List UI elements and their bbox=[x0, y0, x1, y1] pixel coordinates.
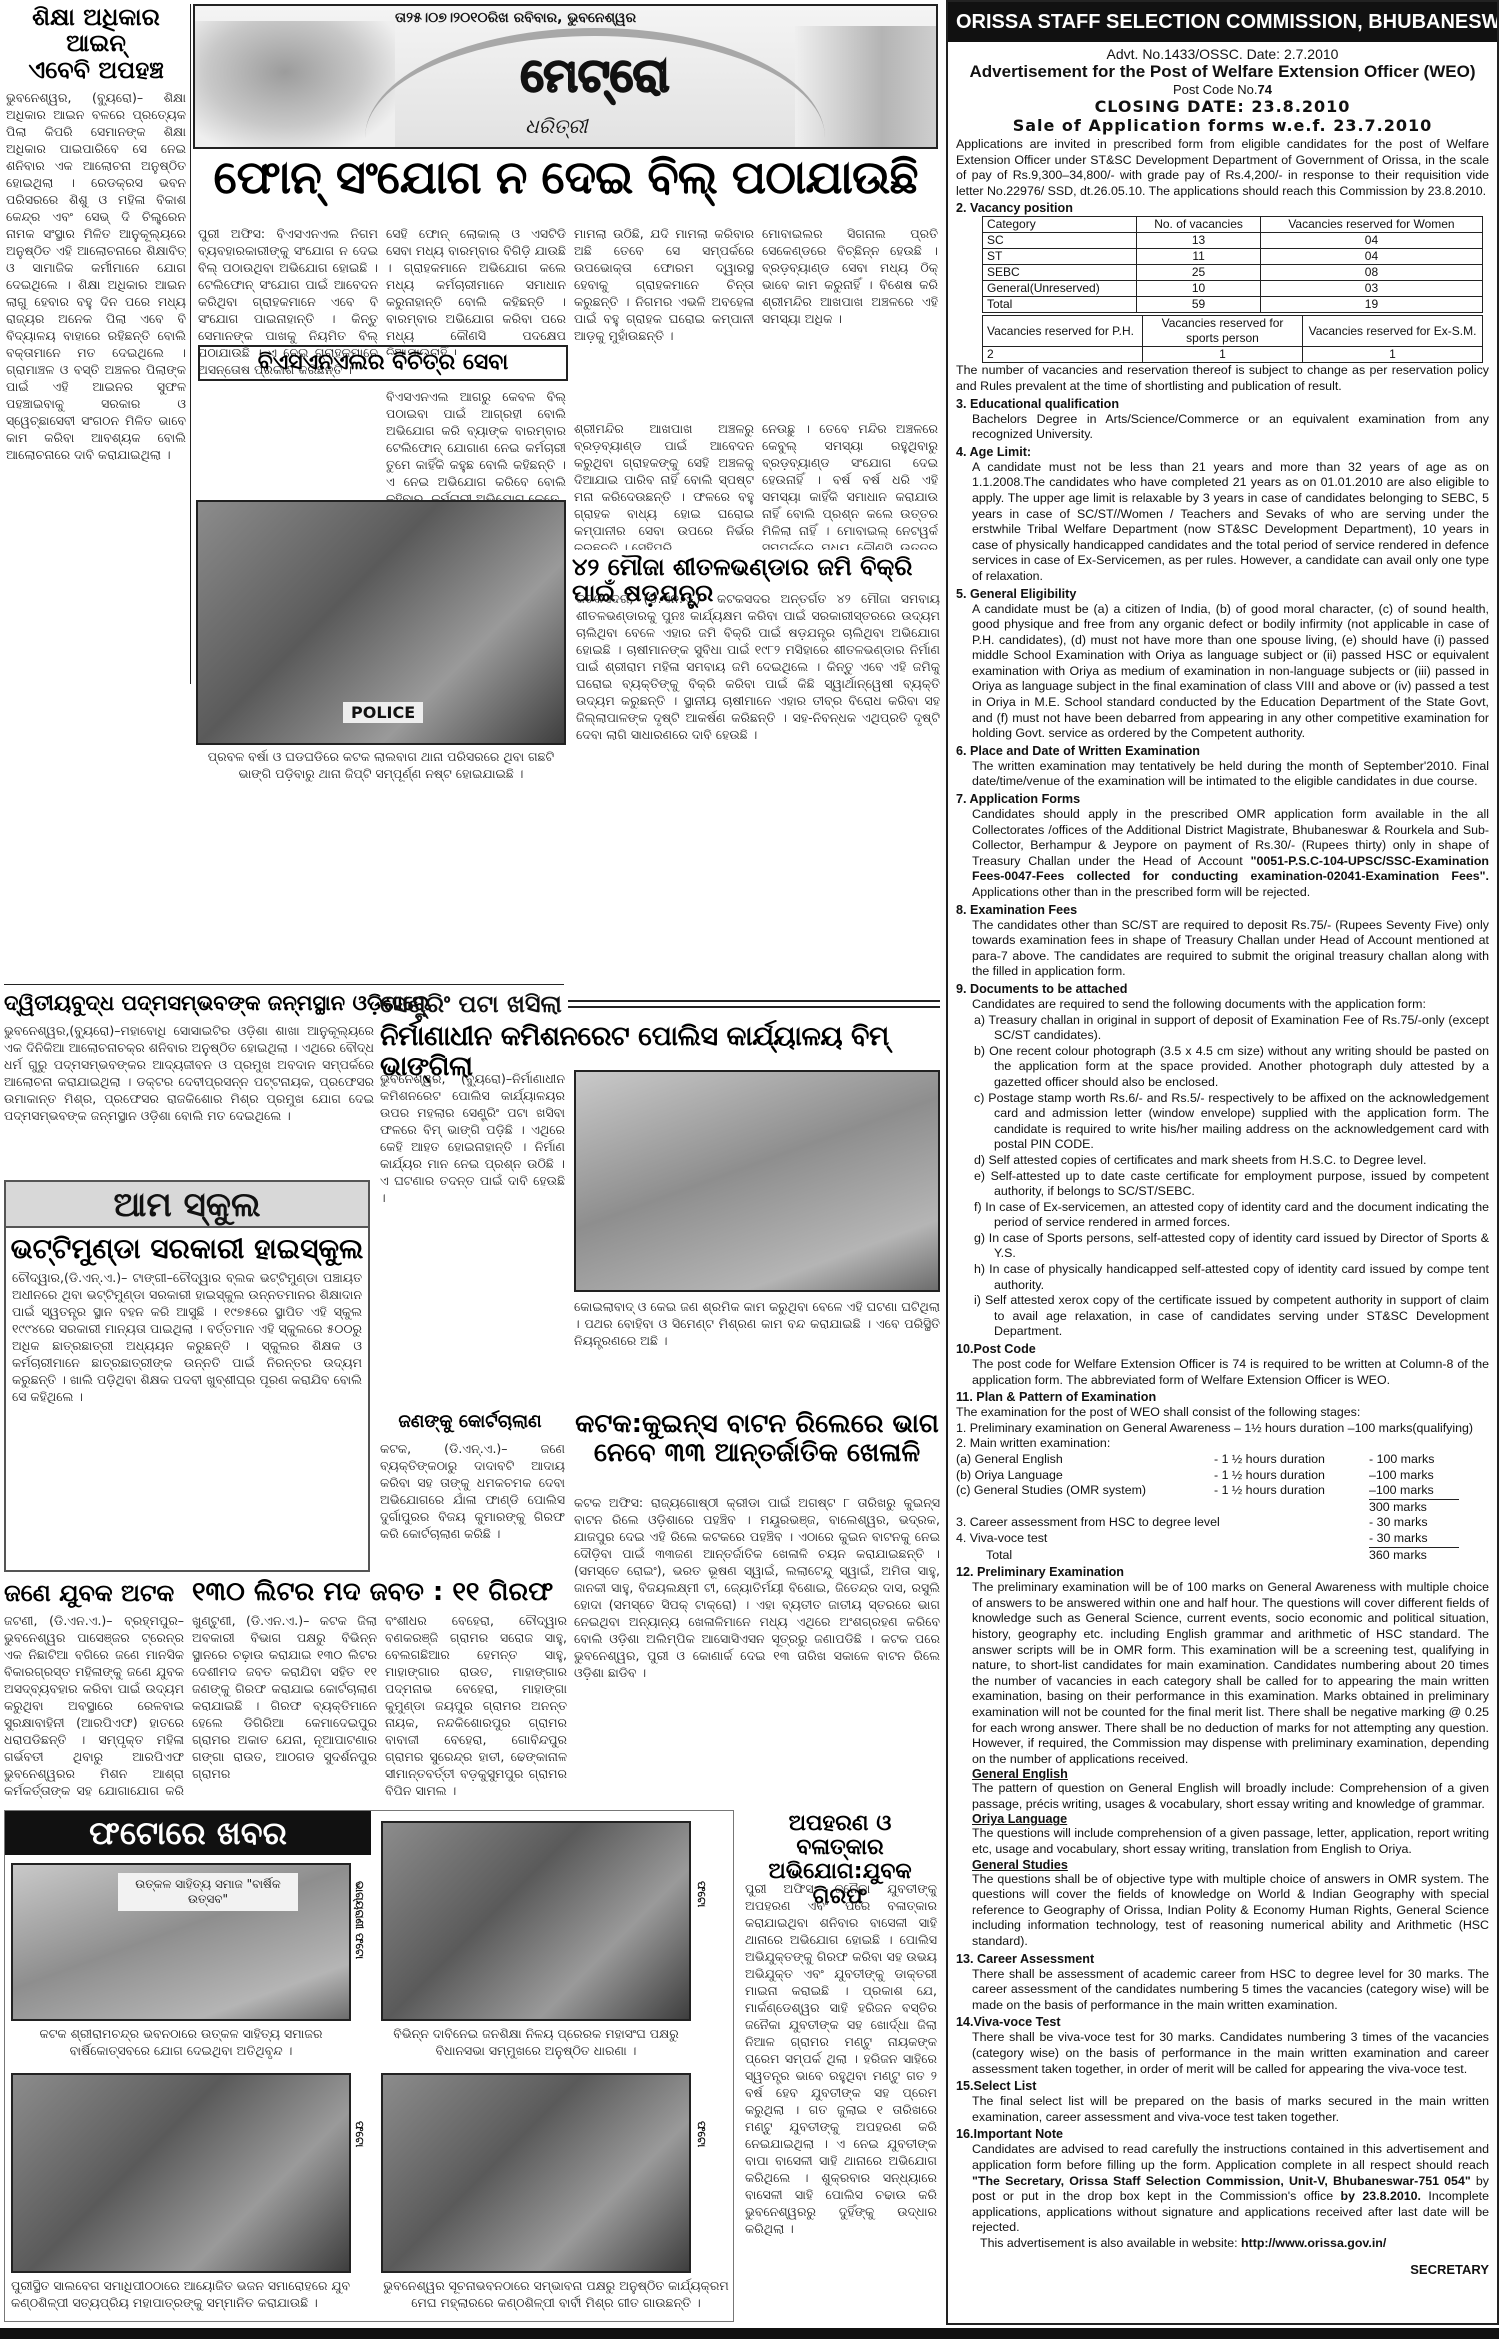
photo-news-banner-text: ଫଟୋରେ ଖବର bbox=[89, 1814, 287, 1852]
marks-row: Total360 marks bbox=[956, 1548, 1489, 1564]
section-title: 13. Career Assessment bbox=[956, 1951, 1489, 1967]
table-row: SEBC2508 bbox=[983, 265, 1483, 281]
section-title: 15.Select List bbox=[956, 2078, 1489, 2094]
section-title: 12. Preliminary Examination bbox=[956, 1564, 1489, 1580]
website-line: This advertisement is also available in … bbox=[956, 2236, 1489, 2252]
cell: 04 bbox=[1260, 249, 1482, 265]
relay-body: କଟକ ଅଫିସ: ରାଜ୍ୟଗୋଷ୍ଠୀ କ୍ରୀଡା ପାଇଁ ଅଗଷ୍ଟ … bbox=[574, 1494, 940, 1800]
cell: 1 bbox=[1303, 347, 1483, 363]
centering-kicker: ସେଣ୍ଟ୍ରିଂ ପଟା ଖସିଲା bbox=[380, 990, 940, 1018]
section-body: Candidates should apply in the prescribe… bbox=[956, 807, 1489, 901]
relay-headline: କଟକ:କୁଇନ୍ସ ବାଟନ ରିଲେରେ ଭାଗ ନେବେ ୩୩ ଆନ୍ତର… bbox=[574, 1410, 940, 1467]
closing-date: CLOSING DATE: 23.8.2010 bbox=[956, 97, 1489, 116]
section-title: 3. Educational qualification bbox=[956, 396, 1489, 412]
photo-caption: ପୁରୀସ୍ଥିତ ସାଲବେଗ ସମାଧିପୀଠଠାରେ ଆୟୋଜିତ ଭଜନ… bbox=[11, 2277, 371, 2311]
liquor-headline: ୧୩୦ ଲିଟର ମଦ ଜବତ : ୧୧ ଗିରଫ bbox=[192, 1578, 567, 1607]
story-body: ଭୁବନେଶ୍ୱର, (ବ୍ୟୁରୋ)– ଶିକ୍ଷା ଅଧିକାର ଆଇନ ବ… bbox=[6, 89, 186, 689]
paper: 4. Viva-voce test bbox=[956, 1531, 1369, 1548]
marks: 360 marks bbox=[1369, 1548, 1459, 1564]
ossc-advertisement: ORISSA STAFF SELECTION COMMISSION, BHUBA… bbox=[946, 0, 1499, 2325]
document-item: c) Postage stamp worth Rs.6/- and Rs.5/-… bbox=[956, 1091, 1489, 1153]
document-item: a) Treasury challan in original in suppo… bbox=[956, 1013, 1489, 1044]
news-photo-2 bbox=[381, 1821, 691, 2021]
paper: 3. Career assessment from HSC to degree … bbox=[956, 1515, 1369, 1531]
marks-row: (a) General English- 1 ½ hours duration-… bbox=[956, 1452, 1489, 1468]
cell: 10 bbox=[1137, 281, 1261, 297]
youth-body: ଜଟଣୀ, (ଡି.ଏନ.ଏ.)– ବ୍ରହ୍ମପୁର–ଭୁବନେଶ୍ୱର ପା… bbox=[4, 1612, 184, 1800]
school-body: ଚୌଦ୍ୱାର,(ଡି.ଏନ୍.ଏ.)– ଟାଙ୍ଗୀ–ଚୌଦ୍ୱାର ବ୍ଲକ… bbox=[6, 1269, 368, 1559]
paper: (c) General Studies (OMR system) bbox=[956, 1483, 1214, 1500]
sub-headline: ବିଏସଏନଏଲର ବିଚିତ୍ର ସେବା bbox=[200, 347, 566, 379]
section-body: Bachelors Degree in Arts/Science/Commerc… bbox=[956, 412, 1489, 443]
document-item: g) In case of Sports persons, self-attes… bbox=[956, 1231, 1489, 1262]
cell: Total bbox=[983, 297, 1137, 313]
deadline: by 23.8.2010. bbox=[1341, 2189, 1421, 2203]
news-photo-1: ଉତ୍କଳ ସାହିତ୍ୟ ସମାଜ "ବାର୍ଷିକ ଉତ୍ସବ" bbox=[11, 1863, 351, 2021]
section-title: 7. Application Forms bbox=[956, 791, 1489, 807]
marks: - 30 marks bbox=[1369, 1515, 1459, 1531]
reserved-vacancy-table: Vacancies reserved for P.H. Vacancies re… bbox=[982, 315, 1483, 363]
photo-credit: ଫଟୋ bbox=[695, 2121, 708, 2147]
section-body: The candidates other than SC/ST are requ… bbox=[956, 918, 1489, 980]
commissionerate-body: ଭୁବନେଶ୍ୱର, (ବ୍ୟୁରୋ)–ନିର୍ମାଣାଧୀନ କମିଶନରେଟ… bbox=[380, 1070, 565, 1370]
col-header: Vacancies reserved for Ex-S.M. bbox=[1303, 316, 1483, 347]
photo-news-section: ଫଟୋରେ ଖବର ଉତ୍କଳ ସାହିତ୍ୟ ସମାଜ "ବାର୍ଷିକ ଉତ… bbox=[4, 1810, 734, 2322]
photo-credit: ଫଟୋ bbox=[353, 2121, 366, 2147]
news-photo-3 bbox=[11, 2073, 351, 2273]
paper: (b) Oriya Language bbox=[956, 1468, 1214, 1484]
photo-credit: ଫଟୋ bbox=[695, 1881, 708, 1907]
cell: 19 bbox=[1260, 297, 1482, 313]
subsection-title: General Studies bbox=[956, 1858, 1489, 1872]
headline: ଶିକ୍ଷା ଅଧିକାର ଆଇନ୍ bbox=[6, 4, 186, 57]
footer-band bbox=[0, 2328, 1499, 2339]
signature: SECRETARY bbox=[956, 2262, 1489, 2277]
kicker-rule bbox=[568, 1000, 940, 1008]
cell: 08 bbox=[1260, 265, 1482, 281]
ad-intro: Applications are invited in prescribed f… bbox=[956, 137, 1489, 199]
note-text: Candidates are advised to read carefully… bbox=[972, 2142, 1489, 2172]
lead-body-col-2: ସେହି ଫୋନ୍ ଲୋକାଲ୍ ଓ ଏସଟିଡି ସେବା ମଧ୍ୟ ବାରମ… bbox=[386, 225, 566, 355]
school-box: ଆମ ସ୍କୁଲ ଭଟ୍ଟିମୁଣ୍ଡା ସରକାରୀ ହାଇସ୍କୁଲ ଚୌଦ… bbox=[4, 1180, 370, 1572]
kicker-text: ସେଣ୍ଟ୍ରିଂ ପଟା ଖସିଲା bbox=[380, 990, 562, 1018]
paper: Total bbox=[956, 1548, 1369, 1564]
liquor-body-col-2: ବଂଶୀଧର ବେହେରା, ଚୌଦ୍ୱାର ବଣକରଞ୍ଜି ଗ୍ରାମର ସ… bbox=[385, 1612, 567, 1800]
sub-col-2: ଶ୍ରୀମନ୍ଦିର ଆଖପାଖ ଅଞ୍ଚଳରୁ ବ୍ରଡ଼ବ୍ୟାଣ୍ଡ ପା… bbox=[574, 420, 754, 550]
police-plate: POLICE bbox=[343, 702, 423, 723]
lead-headline: ଫୋନ୍ ସଂଯୋଗ ନ ଦେଇ ବିଲ୍ ପଠାଯାଉଛି bbox=[193, 152, 938, 203]
sub-col-3: ନେଉଛୁ । ତେବେ ମନ୍ଦିର ଅଞ୍ଚଳରେ କେବୁଲ୍ ସମସ୍ୟ… bbox=[762, 420, 938, 550]
website-link[interactable]: http://www.orissa.gov.in/ bbox=[1241, 2236, 1386, 2250]
newspaper-title: ମେଟ୍ରୋ bbox=[495, 48, 695, 104]
section-body: The questions will include comprehension… bbox=[956, 1826, 1489, 1857]
ad-org-bar: ORISSA STAFF SELECTION COMMISSION, BHUBA… bbox=[948, 2, 1497, 42]
marks-row: 3. Career assessment from HSC to degree … bbox=[956, 1515, 1489, 1531]
section-body: A candidate must be (a) a citizen of Ind… bbox=[956, 602, 1489, 742]
document-item: e) Self-attested up to date caste certif… bbox=[956, 1169, 1489, 1200]
newspaper-subtitle: ଧରିତ୍ରୀ bbox=[525, 114, 587, 138]
col-header: Category bbox=[983, 217, 1137, 233]
table-row: Total5919 bbox=[983, 297, 1483, 313]
bsnl-sub-box: ବିଏସଏନଏଲର ବିଚିତ୍ର ସେବା bbox=[198, 345, 568, 381]
section-divider bbox=[4, 984, 564, 985]
document-item: d) Self attested copies of certificates … bbox=[956, 1153, 1489, 1169]
section-body: The preliminary examination will be of 1… bbox=[956, 1580, 1489, 1767]
marks: 300 marks bbox=[1369, 1500, 1459, 1516]
commissionerate-body-2: କୋଇଲାବାଦ୍ ଓ କେଇ ଜଣ ଶ୍ରମିକ କାମ କରୁଥିବା ବେ… bbox=[574, 1298, 940, 1370]
section-title: 9. Documents to be attached bbox=[956, 981, 1489, 997]
sale-date: Sale of Application forms w.e.f. 23.7.20… bbox=[956, 116, 1489, 135]
cell: SC bbox=[983, 233, 1137, 249]
section-body: There shall be viva-voce test for 30 mar… bbox=[956, 2030, 1489, 2077]
vacancy-table: Category No. of vacancies Vacancies rese… bbox=[982, 216, 1483, 313]
photo-news-banner: ଫଟୋରେ ଖବର bbox=[5, 1811, 371, 1855]
land-body: କଟକସଦର, (ଡି.ଏନ.ଏ.)– କଟକସଦର ଅନ୍ତର୍ଗତ ୪୨ ମ… bbox=[576, 590, 940, 970]
table-row: General(Unreserved)1003 bbox=[983, 281, 1483, 297]
section-body: The pattern of question on General Engli… bbox=[956, 1781, 1489, 1812]
paper bbox=[956, 1500, 1214, 1516]
col-header: Vacancies reserved for P.H. bbox=[983, 316, 1143, 347]
photo-banner: ଉତ୍କଳ ସାହିତ୍ୟ ସମାଜ "ବାର୍ଷିକ ଉତ୍ସବ" bbox=[118, 1873, 298, 1911]
photo-caption: ଭୁବନେଶ୍ୱର ସୂଚନାଭବନଠାରେ ସମ୍ଭାବନା ପକ୍ଷରୁ ଅ… bbox=[381, 2277, 731, 2311]
court-body: କଟକ, (ଡି.ଏନ୍.ଏ.)– ଜଣେ ବ୍ୟକ୍ତିଙ୍କଠାରୁ ଦାଦ… bbox=[380, 1440, 565, 1570]
paper: (a) General English bbox=[956, 1452, 1214, 1468]
section-body: Candidates are required to send the foll… bbox=[956, 997, 1489, 1013]
police-jeep-photo: POLICE bbox=[196, 500, 566, 745]
section-title: 10.Post Code bbox=[956, 1341, 1489, 1357]
document-item: h) In case of physically handicapped sel… bbox=[956, 1262, 1489, 1293]
cell: 11 bbox=[1137, 249, 1261, 265]
prelim-line: 1. Preliminary examination on General Aw… bbox=[956, 1421, 1489, 1437]
cell: 59 bbox=[1137, 297, 1261, 313]
youth-headline: ଜଣେ ଯୁବକ ଅଟକ bbox=[4, 1580, 184, 1606]
subsection-title: General English bbox=[956, 1767, 1489, 1781]
website-label: This advertisement is also available in … bbox=[980, 2236, 1238, 2250]
marks-row: 4. Viva-voce test- 30 marks bbox=[956, 1531, 1489, 1548]
marks: - 30 marks bbox=[1369, 1531, 1459, 1548]
col-header: Vacancies reserved for sports person bbox=[1143, 316, 1303, 347]
cell: 25 bbox=[1137, 265, 1261, 281]
buddha-headline: ଦ୍ୱିତୀୟବୁଦ୍ଧ ପଦ୍ମସମ୍ଭବଙ୍କ ଜନ୍ମସ୍ଥାନ ଓଡ଼ି… bbox=[4, 992, 374, 1015]
section-title: 11. Plan & Pattern of Examination bbox=[956, 1389, 1489, 1405]
date-line: ତା୨୫।୦୭।୨୦୧୦ରିଖ ରବିବାର, ଭୁବନେଶ୍ୱର bbox=[395, 10, 636, 26]
abduction-body: ପୁରୀ ଅଫିସ: ଜନୈକା ଯୁବତୀଙ୍କୁ ଅପହରଣ ଏବଂ ପରେ… bbox=[745, 1880, 937, 2320]
duration: - 1 ½ hours duration bbox=[1214, 1483, 1369, 1500]
cell: 03 bbox=[1260, 281, 1482, 297]
marks-table: (a) General English- 1 ½ hours duration-… bbox=[956, 1452, 1489, 1563]
story-education-rights: ଶିକ୍ଷା ଅଧିକାର ଆଇନ୍ ଏବେବି ଅପହଞ୍ଚ ଭୁବନେଶ୍ୱ… bbox=[6, 4, 186, 694]
vacancy-heading: 2. Vacancy position bbox=[956, 200, 1489, 216]
section-title: 5. General Eligibility bbox=[956, 586, 1489, 602]
section-body: A candidate must not be less than 21 yea… bbox=[956, 460, 1489, 585]
section-body: Candidates are advised to read carefully… bbox=[956, 2142, 1489, 2236]
marks: - 100 marks bbox=[1369, 1452, 1459, 1468]
main-exam-line: 2. Main written examination: bbox=[956, 1436, 1489, 1452]
marks-row: 300 marks bbox=[956, 1500, 1489, 1516]
duration bbox=[1214, 1500, 1369, 1516]
section-body: The post code for Welfare Extension Offi… bbox=[956, 1357, 1489, 1388]
school-headline: ଭଟ୍ଟିମୁଣ୍ଡା ସରକାରୀ ହାଇସ୍କୁଲ bbox=[6, 1234, 368, 1265]
subsection-title: Oriya Language bbox=[956, 1812, 1489, 1826]
school-banner-text: ଆମ ସ୍କୁଲ bbox=[113, 1185, 260, 1225]
news-photo-4 bbox=[381, 2073, 691, 2273]
cell: 04 bbox=[1260, 233, 1482, 249]
buddha-body: ଭୁବନେଶ୍ୱର,(ବ୍ୟୁରୋ)–ମହାବୋଧି ସୋସାଇଟିର ଓଡ଼ି… bbox=[4, 1022, 374, 1152]
photo-credit: ଭାଗ୍ୟରାଣୀ ଫଟୋ bbox=[353, 1881, 366, 1959]
secretary-address: "The Secretary, Orissa Staff Selection C… bbox=[972, 2174, 1471, 2188]
document-item: i) Self attested xerox copy of the certi… bbox=[956, 1293, 1489, 1340]
post-code-line: Post Code No.74 bbox=[956, 82, 1489, 97]
court-headline: ଜଣଙ୍କୁ କୋର୍ଟଚାଲାଣ bbox=[380, 1412, 560, 1432]
marks-row: (c) General Studies (OMR system)- 1 ½ ho… bbox=[956, 1483, 1489, 1500]
sub-col-1: ବିଏସଏନଏଲ ଆଗରୁ କେବଳ ବିଲ୍ ପଠାଇବା ପାଇଁ ଆଗ୍ର… bbox=[386, 388, 566, 518]
duration: - 1 ½ hours duration bbox=[1214, 1468, 1369, 1484]
document-item: b) One recent colour photograph (3.5 x 4… bbox=[956, 1044, 1489, 1091]
school-banner: ଆମ ସ୍କୁଲ bbox=[6, 1182, 368, 1228]
post-code-label: Post Code No. bbox=[1173, 82, 1258, 97]
section-body: The final select list will be prepared o… bbox=[956, 2094, 1489, 2125]
masthead: ତା୨୫।୦୭।୨୦୧୦ରିଖ ରବିବାର, ଭୁବନେଶ୍ୱର ମେଟ୍ରୋ… bbox=[193, 4, 938, 149]
advt-number: Advt. No.1433/OSSC. Date: 2.7.2010 bbox=[956, 46, 1489, 62]
application-form-tail: Applications other than in the prescribe… bbox=[972, 885, 1310, 899]
vacancy-note: The number of vacancies and reservation … bbox=[956, 363, 1489, 394]
cell: 2 bbox=[983, 347, 1143, 363]
section-body: The questions shall be of objective type… bbox=[956, 1872, 1489, 1950]
cell: 1 bbox=[1143, 347, 1303, 363]
cell: 13 bbox=[1137, 233, 1261, 249]
section-title: 6. Place and Date of Written Examination bbox=[956, 743, 1489, 759]
col-header: Vacancies reserved for Women bbox=[1260, 217, 1482, 233]
section-title: 16.Important Note bbox=[956, 2126, 1489, 2142]
cell: SEBC bbox=[983, 265, 1137, 281]
advt-title: Advertisement for the Post of Welfare Ex… bbox=[956, 62, 1489, 82]
table-row: SC1304 bbox=[983, 233, 1483, 249]
marks: –100 marks bbox=[1369, 1483, 1459, 1500]
table-row: 2 1 1 bbox=[983, 347, 1483, 363]
photo-caption: ପ୍ରବଳ ବର୍ଷା ଓ ଘଡଘଡିରେ କଟକ ଲାଲବାଗ ଥାନା ପର… bbox=[196, 748, 566, 782]
cell: General(Unreserved) bbox=[983, 281, 1137, 297]
headline: ଏବେବି ଅପହଞ୍ଚ bbox=[6, 57, 186, 83]
collapsed-beam-photo bbox=[574, 1070, 940, 1292]
marks-row: (b) Oriya Language- 1 ½ hours duration–1… bbox=[956, 1468, 1489, 1484]
duration: - 1 ½ hours duration bbox=[1214, 1452, 1369, 1468]
cell: ST bbox=[983, 249, 1137, 265]
photo-caption: କଟକ ଶ୍ରୀରାମଚନ୍ଦ୍ର ଭବନଠାରେ ଉତ୍କଳ ସାହିତ୍ୟ … bbox=[11, 2025, 351, 2059]
section-title: 14.Viva-voce Test bbox=[956, 2014, 1489, 2030]
photo-caption: ବିଭିନ୍ନ ଦାବିନେଇ ଜନଶିକ୍ଷା ନିଳୟ ପ୍ରେରକ ମହା… bbox=[381, 2025, 691, 2059]
section-title: 8. Examination Fees bbox=[956, 902, 1489, 918]
section-body: The written examination may tentatively … bbox=[956, 759, 1489, 790]
document-item: f) In case of Ex-servicemen, an attested… bbox=[956, 1200, 1489, 1231]
col-header: No. of vacancies bbox=[1137, 217, 1261, 233]
liquor-body-col-1: ଖୁଣ୍ଟୁଣୀ, (ଡି.ଏନ.ଏ.)– କଟକ ଜିଲା ଅବକାରୀ ବି… bbox=[192, 1612, 377, 1800]
marks: –100 marks bbox=[1369, 1468, 1459, 1484]
section-body: There shall be assessment of academic ca… bbox=[956, 1967, 1489, 2014]
table-row: ST1104 bbox=[983, 249, 1483, 265]
section-title: 4. Age Limit: bbox=[956, 444, 1489, 460]
post-code-value: 74 bbox=[1258, 82, 1272, 97]
section-body: The examination for the post of WEO shal… bbox=[956, 1405, 1489, 1421]
column-divider bbox=[190, 4, 191, 684]
